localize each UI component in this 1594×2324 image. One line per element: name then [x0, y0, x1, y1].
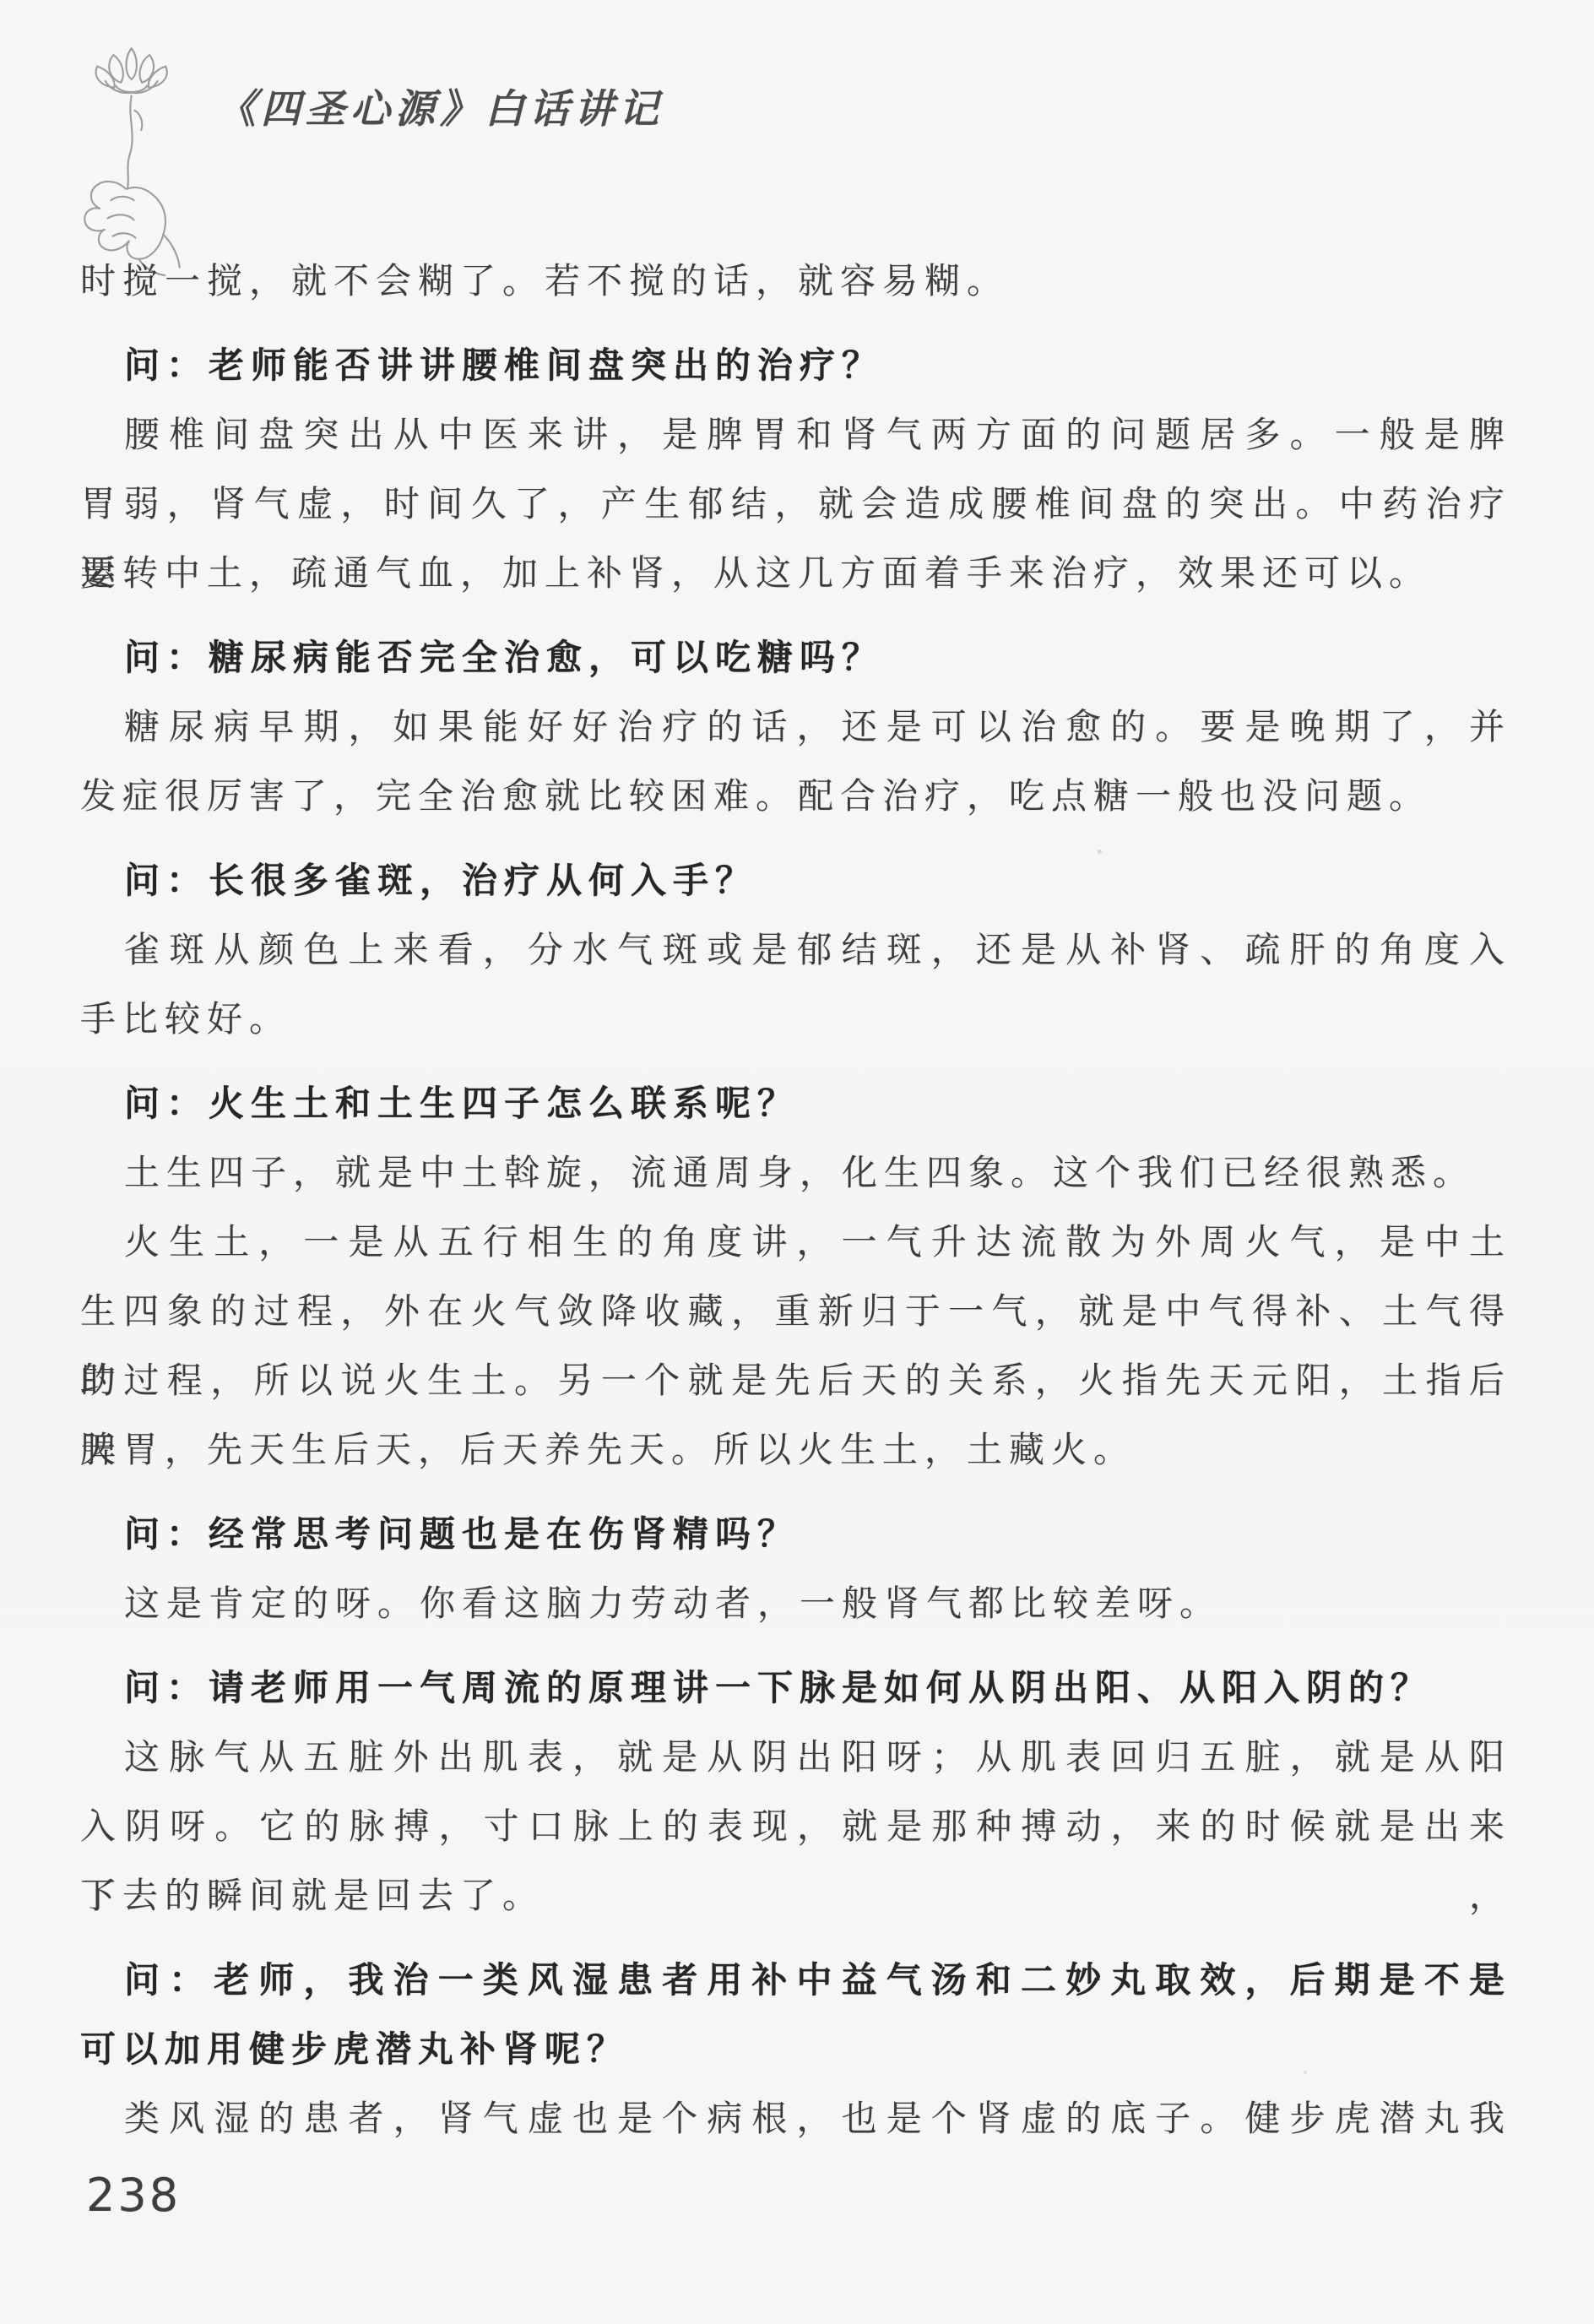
- text-line: 生四象的过程，外在火气敛降收藏，重新归于一气，就是中气得补、土气得助: [80, 1277, 1511, 1346]
- text-line: 问：长很多雀斑，治疗从何入手？: [80, 846, 1511, 915]
- text-line: 火生土，一是从五行相生的角度讲，一气升达流散为外周火气，是中土: [80, 1208, 1511, 1277]
- text-line: 问：火生土和土生四子怎么联系呢？: [80, 1069, 1511, 1138]
- hand-holding-lotus-icon: [49, 32, 222, 277]
- text-line: 问：糖尿病能否完全治愈，可以吃糖吗？: [80, 623, 1511, 692]
- text-line: 类风湿的患者，肾气虚也是个病根，也是个肾虚的底子。健步虎潜丸我: [80, 2084, 1511, 2153]
- text-line: 这是肯定的呀。你看这脑力劳动者，一般肾气都比较差呀。: [80, 1569, 1511, 1638]
- text-line: 手比较好。: [80, 985, 1511, 1054]
- text-line: 雀斑从颜色上来看，分水气斑或是郁结斑，还是从补肾、疏肝的角度入: [80, 915, 1511, 985]
- book-title: 《四圣心源》白话讲记: [216, 78, 664, 134]
- text-line: 胃弱，肾气虚，时间久了，产生郁结，就会造成腰椎间盘的突出。中药治疗要: [80, 470, 1511, 539]
- text-line: 运转中土，疏通气血，加上补肾，从这几方面着手来治疗，效果还可以。: [80, 539, 1511, 608]
- page-content: 时搅一搅，就不会糊了。若不搅的话，就容易糊。问：老师能否讲讲腰椎间盘突出的治疗？…: [80, 247, 1511, 2153]
- text-line: 这脉气从五脏外出肌表，就是从阴出阳呀；从肌表回归五脏，就是从阳: [80, 1723, 1511, 1792]
- text-line: 问：请老师用一气周流的原理讲一下脉是如何从阴出阳、从阳入阴的？: [80, 1653, 1511, 1723]
- text-line: 的过程，所以说火生土。另一个就是先后天的关系，火指先天元阳，土指后天: [80, 1346, 1511, 1415]
- text-line: 土生四子，就是中土斡旋，流通周身，化生四象。这个我们已经很熟悉。: [80, 1138, 1511, 1208]
- text-line: 脾胃，先天生后天，后天养先天。所以火生土，土藏火。: [80, 1415, 1511, 1485]
- text-line: 问：老师能否讲讲腰椎间盘突出的治疗？: [80, 331, 1511, 400]
- text-line: 腰椎间盘突出从中医来讲，是脾胃和肾气两方面的问题居多。一般是脾: [80, 400, 1511, 470]
- text-line: 糖尿病早期，如果能好好治疗的话，还是可以治愈的。要是晚期了，并: [80, 692, 1511, 762]
- text-line: 问：老师，我治一类风湿患者用补中益气汤和二妙丸取效，后期是不是: [80, 1946, 1511, 2015]
- scan-speck: [1304, 2071, 1307, 2074]
- text-line: 入阴呀。它的脉搏，寸口脉上的表现，就是那种搏动，来的时候就是出来了，: [80, 1792, 1511, 1861]
- page-number: 238: [86, 2169, 181, 2222]
- text-line: 可以加用健步虎潜丸补肾呢？: [80, 2015, 1511, 2084]
- text-line: 问：经常思考问题也是在伤肾精吗？: [80, 1500, 1511, 1569]
- text-line: 时搅一搅，就不会糊了。若不搅的话，就容易糊。: [80, 247, 1511, 316]
- book-page: 《四圣心源》白话讲记 时搅一搅，就不会糊了。若不搅的话，就容易糊。问：老师能否讲…: [0, 0, 1594, 2324]
- scan-speck: [1098, 850, 1102, 854]
- text-line: 发症很厉害了，完全治愈就比较困难。配合治疗，吃点糖一般也没问题。: [80, 762, 1511, 831]
